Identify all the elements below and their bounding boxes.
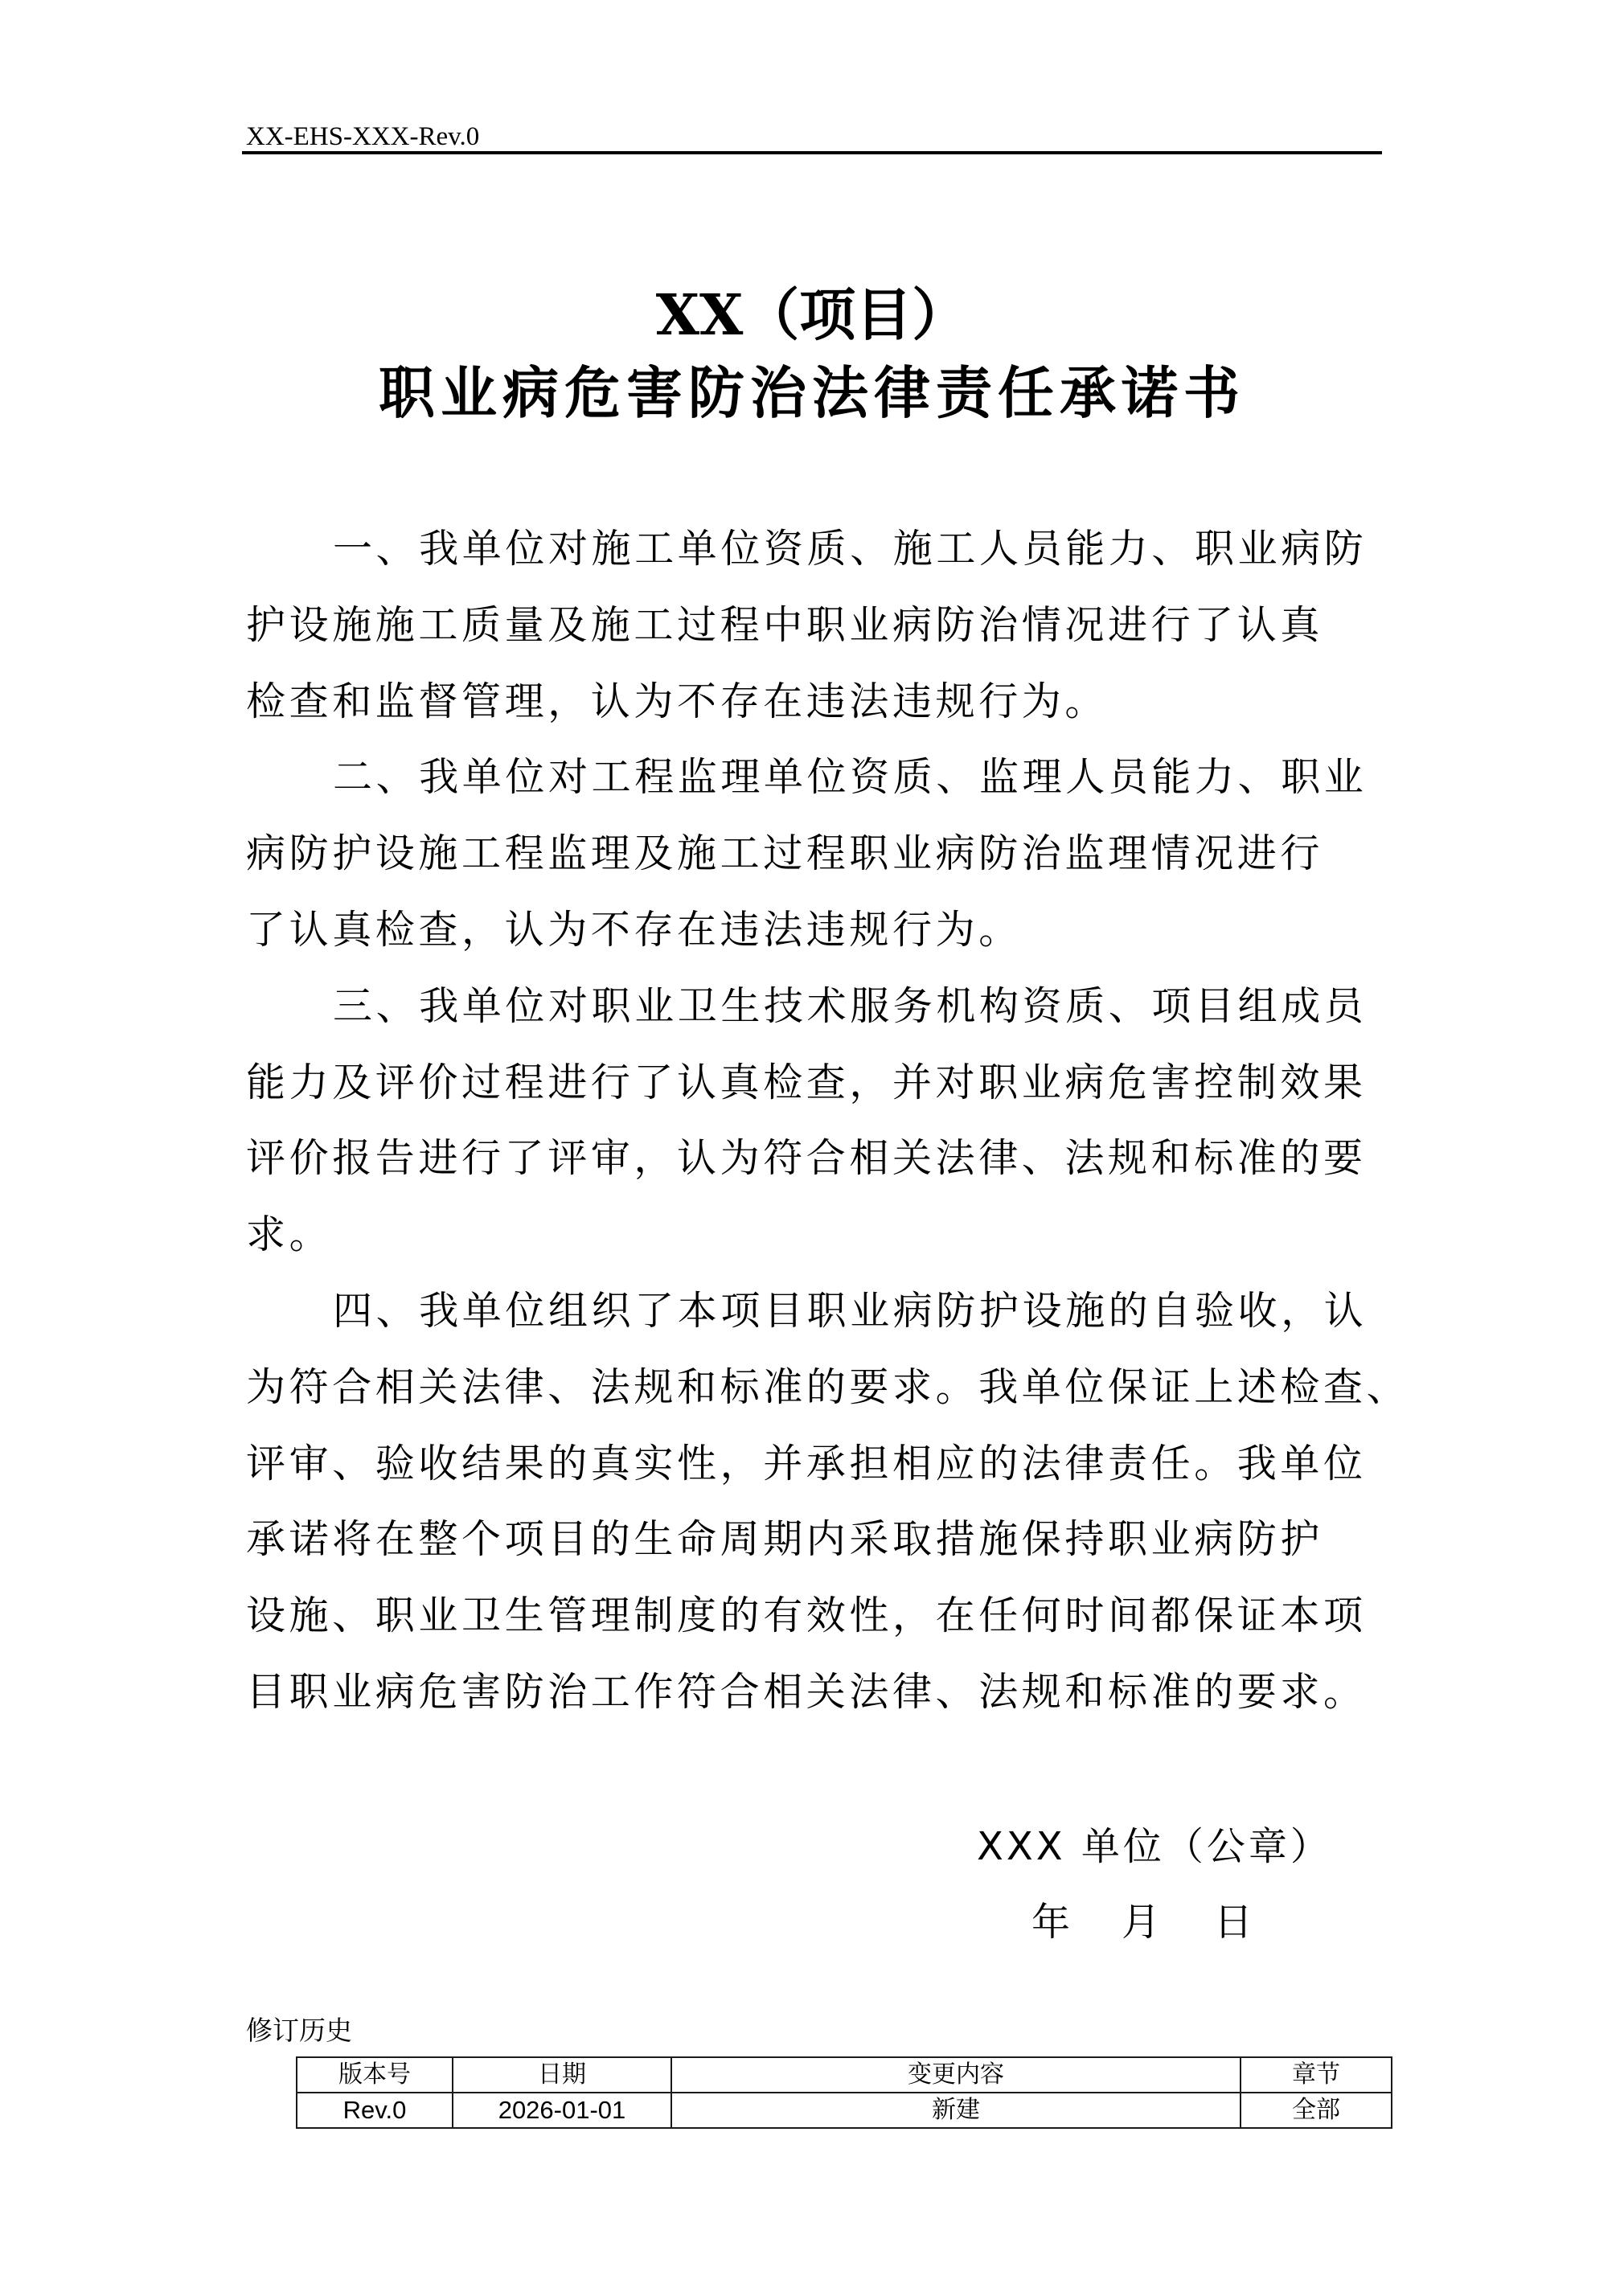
paragraph-4-line-3: 评审、验收结果的真实性，并承担相应的法律责任。我单位 <box>246 1426 1388 1503</box>
cell-version: Rev.0 <box>297 2093 453 2128</box>
paragraph-4-line-1: 四、我单位组织了本项目职业病防护设施的自验收，认 <box>246 1273 1388 1350</box>
paragraph-2-line-2: 病防护设施工程监理及施工过程职业病防治监理情况进行 <box>246 816 1388 892</box>
signature-day: 日 <box>1214 1899 1253 1945</box>
header-change-content: 变更内容 <box>671 2057 1241 2093</box>
paragraph-2-line-1: 二、我单位对工程监理单位资质、监理人员能力、职业 <box>246 740 1388 816</box>
paragraph-3-line-3: 评价报告进行了评审，认为符合相关法律、法规和标准的要 <box>246 1121 1388 1197</box>
commitment-body: 一、我单位对施工单位资质、施工人员能力、职业病防 护设施施工质量及施工过程中职业… <box>246 511 1388 1731</box>
signature-month: 月 <box>1122 1899 1160 1945</box>
header-section: 章节 <box>1241 2057 1392 2093</box>
paragraph-4-line-2: 为符合相关法律、法规和标准的要求。我单位保证上述检查、 <box>246 1350 1388 1426</box>
cell-date: 2026-01-01 <box>453 2093 671 2128</box>
signature-year: 年 <box>1031 1899 1070 1945</box>
document-title-line-1: XX（项目） <box>0 281 1624 349</box>
paragraph-4-line-5: 设施、职业卫生管理制度的有效性，在任何时间都保证本项 <box>246 1578 1388 1654</box>
paragraph-2-line-3: 了认真检查，认为不存在违法违规行为。 <box>246 892 1388 969</box>
cell-change-content: 新建 <box>671 2093 1241 2128</box>
document-code: XX-EHS-XXX-Rev.0 <box>246 122 479 151</box>
paragraph-3-line-1: 三、我单位对职业卫生技术服务机构资质、项目组成员 <box>246 969 1388 1045</box>
paragraph-1-line-3: 检查和监督管理，认为不存在违法违规行为。 <box>246 664 1388 740</box>
paragraph-3-line-2: 能力及评价过程进行了认真检查，并对职业病危害控制效果 <box>246 1045 1388 1121</box>
header-date: 日期 <box>453 2057 671 2093</box>
table-header-row: 版本号 日期 变更内容 章节 <box>297 2057 1392 2093</box>
revision-history-label: 修订历史 <box>246 2015 352 2047</box>
document-title-line-2: 职业病危害防治法律责任承诺书 <box>0 359 1624 427</box>
table-row: Rev.0 2026-01-01 新建 全部 <box>297 2093 1392 2128</box>
header-divider <box>242 151 1382 154</box>
paragraph-1-line-2: 护设施施工质量及施工过程中职业病防治情况进行了认真 <box>246 588 1388 664</box>
paragraph-4-line-6: 目职业病危害防治工作符合相关法律、法规和标准的要求。 <box>246 1654 1388 1731</box>
paragraph-1-line-1: 一、我单位对施工单位资质、施工人员能力、职业病防 <box>246 511 1388 588</box>
paragraph-4-line-4: 承诺将在整个项目的生命周期内采取措施保持职业病防护 <box>246 1502 1388 1578</box>
header-version: 版本号 <box>297 2057 453 2093</box>
revision-history-table: 版本号 日期 变更内容 章节 Rev.0 2026-01-01 新建 全部 <box>296 2056 1392 2129</box>
cell-section: 全部 <box>1241 2093 1392 2128</box>
signature-unit-seal: XXX 单位（公章） <box>977 1823 1332 1870</box>
paragraph-3-line-4: 求。 <box>246 1197 1388 1273</box>
